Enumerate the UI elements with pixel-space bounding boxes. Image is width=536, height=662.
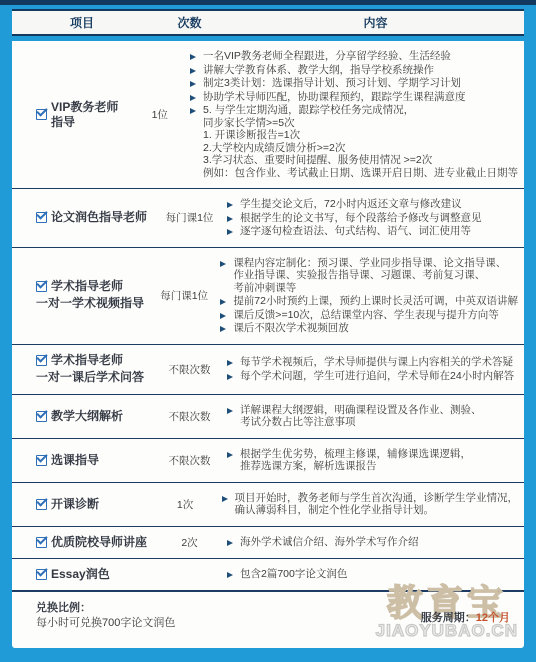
exchange-info: 兑换比例： 每小时可兑换700字论文润色 bbox=[36, 601, 175, 631]
content-cell: 学生提交论文后，72小时内返还文章与修改建议根据学生的论文书写，每个段落给予修改… bbox=[227, 197, 524, 239]
item-label: 优质院校导师讲座 bbox=[51, 535, 147, 550]
item-label: 一对一学术视频指导 bbox=[36, 296, 144, 310]
bullet-item: 课后不限次学术视频回放 bbox=[220, 322, 518, 335]
bullet-item: 课后反馈>=10次，总结课堂内容、学生表现与提升方向等 bbox=[220, 309, 518, 322]
bullet-text: 每节学术视频后，学术导师提供与课上内容相关的学术答疑 bbox=[240, 356, 513, 369]
bullet-text-line: 根据学生优劣势，梳理主修课，辅修课选课逻辑， bbox=[240, 448, 471, 461]
service-period: 服务周期：12个月 bbox=[421, 609, 510, 631]
bullet-text-line: 课后不限次学术视频回放 bbox=[233, 322, 349, 335]
bullet-item: 根据学生的论文书写，每个段落给予修改与调整意见 bbox=[227, 212, 518, 225]
header-col-content: 内容 bbox=[227, 14, 524, 31]
footer: 兑换比例： 每小时可兑换700字论文润色 服务周期：12个月 bbox=[12, 592, 524, 631]
item-label: 教学大纲解析 bbox=[51, 409, 123, 424]
header-col-item: 项目 bbox=[12, 14, 152, 31]
item-label: 学术指导老师 bbox=[51, 353, 123, 368]
bullet-item: 根据学生优劣势，梳理主修课，辅修课选课逻辑，推荐选课方案，解析选课报告 bbox=[227, 448, 518, 473]
bullet-item: 制定3类计划：选课指导计划、预习计划、学期学习计划 bbox=[190, 77, 518, 90]
item-cell: 选课指导 bbox=[12, 453, 152, 468]
checkbox-icon bbox=[36, 212, 47, 223]
bullet-text-line: 每节学术视频后，学术导师提供与课上内容相关的学术答疑 bbox=[240, 356, 513, 369]
item-cell: VIP教务老师指导 bbox=[12, 100, 130, 130]
arrow-bullet-icon bbox=[227, 229, 233, 235]
bullet-text-line: 项目开始时，教务老师与学生首次沟通，诊断学生学业情况， bbox=[235, 492, 519, 505]
bullet-text-line: 讲解大学教育体系、教学大纲，指导学校系统操作 bbox=[203, 64, 434, 77]
bullet-text: 5. 与学生定期沟通，跟踪学校任务完成情况，同步家长学情>=5次1. 开课诊断报… bbox=[203, 104, 518, 179]
arrow-bullet-icon bbox=[220, 261, 226, 267]
count-cell: 1次 bbox=[149, 497, 222, 512]
bullet-text-line: 详解课程大纲逻辑，明确课程设置及各作业、测验、 bbox=[240, 404, 482, 417]
bullet-item: 一名VIP教务老师全程跟进，分享留学经验、生活经验 bbox=[190, 50, 518, 63]
bullet-text: 制定3类计划：选课指导计划、预习计划、学期学习计划 bbox=[203, 77, 461, 90]
item-label: 一对一课后学术问答 bbox=[36, 370, 144, 384]
arrow-bullet-icon bbox=[227, 360, 233, 366]
bullet-text-line: 包含2篇700字论文润色 bbox=[240, 568, 347, 581]
bullet-text: 详解课程大纲逻辑，明确课程设置及各作业、测验、考试分数占比等注意事项 bbox=[240, 404, 482, 429]
item-cell: 学术指导老师一对一课后学术问答 bbox=[12, 353, 152, 386]
item-cell: 教学大纲解析 bbox=[12, 409, 152, 424]
count-cell: 不限次数 bbox=[152, 409, 227, 424]
arrow-bullet-icon bbox=[227, 572, 233, 578]
arrow-bullet-icon bbox=[227, 452, 233, 458]
bullet-text-line: 课后反馈>=10次，总结课堂内容、学生表现与提升方向等 bbox=[233, 309, 498, 322]
table-row: VIP教务老师指导1位一名VIP教务老师全程跟进，分享留学经验、生活经验讲解大学… bbox=[12, 41, 524, 189]
checkbox-icon bbox=[36, 569, 47, 580]
bullet-item: 海外学术诚信介绍、海外学术写作介绍 bbox=[227, 536, 518, 549]
table-row: 开课诊断1次项目开始时，教务老师与学生首次沟通，诊断学生学业情况，确认薄弱科目，… bbox=[12, 483, 524, 527]
checkbox-icon bbox=[36, 281, 47, 292]
checkbox-icon bbox=[36, 537, 47, 548]
bullet-text-line: 确认薄弱科目，制定个性化学业指导计划。 bbox=[235, 504, 519, 517]
bullet-item: 提前72小时预约上课，预约上课时长灵活可调，中英双语讲解 bbox=[220, 295, 518, 308]
arrow-bullet-icon bbox=[227, 540, 233, 546]
checkbox-icon bbox=[36, 355, 47, 366]
table-rows: VIP教务老师指导1位一名VIP教务老师全程跟进，分享留学经验、生活经验讲解大学… bbox=[12, 41, 524, 592]
bullet-text-line: 逐字逐句检查语法、句式结构、语气、词汇使用等 bbox=[240, 225, 471, 238]
service-period-value: 12个月 bbox=[476, 612, 510, 624]
arrow-bullet-icon bbox=[227, 374, 233, 380]
item-cell: 优质院校导师讲座 bbox=[12, 535, 152, 550]
bullet-text: 课后反馈>=10次，总结课堂内容、学生表现与提升方向等 bbox=[233, 309, 498, 322]
content-cell: 一名VIP教务老师全程跟进，分享留学经验、生活经验讲解大学教育体系、教学大纲，指… bbox=[190, 49, 524, 180]
item-label: 选课指导 bbox=[51, 453, 99, 468]
checkbox-icon bbox=[36, 411, 47, 422]
content-cell: 课程内容定制化：预习课、学业同步指导课、论文指导课、作业指导课、实验报告指导课、… bbox=[220, 256, 524, 336]
bullet-text: 提前72小时预约上课，预约上课时长灵活可调，中英双语讲解 bbox=[233, 295, 518, 308]
arrow-bullet-icon bbox=[222, 496, 228, 502]
exchange-ratio-title: 兑换比例： bbox=[36, 601, 175, 616]
count-cell: 不限次数 bbox=[152, 453, 227, 468]
content-cell: 项目开始时，教务老师与学生首次沟通，诊断学生学业情况，确认薄弱科目，制定个性化学… bbox=[222, 491, 525, 518]
bullet-text-line: 5. 与学生定期沟通，跟踪学校任务完成情况， bbox=[203, 104, 518, 117]
bullet-text: 课后不限次学术视频回放 bbox=[233, 322, 349, 335]
bullet-item: 课程内容定制化：预习课、学业同步指导课、论文指导课、作业指导课、实验报告指导课、… bbox=[220, 257, 518, 295]
item-cell: Essay润色 bbox=[12, 567, 152, 582]
table-row: 学术指导老师一对一课后学术问答不限次数每节学术视频后，学术导师提供与课上内容相关… bbox=[12, 345, 524, 395]
content-cell: 每节学术视频后，学术导师提供与课上内容相关的学术答疑每个学术问题，学生可进行追问… bbox=[227, 355, 524, 383]
bullet-text-line: 3.学习状态、重要时间提醒、服务使用情况 >=2次 bbox=[203, 154, 518, 167]
bullet-text-line: 推荐选课方案，解析选课报告 bbox=[240, 460, 471, 473]
item-label: 开课诊断 bbox=[51, 497, 99, 512]
bullet-text: 项目开始时，教务老师与学生首次沟通，诊断学生学业情况，确认薄弱科目，制定个性化学… bbox=[235, 492, 519, 517]
table-row: Essay润色包含2篇700字论文润色 bbox=[12, 559, 524, 592]
bullet-text: 学生提交论文后，72小时内返还文章与修改建议 bbox=[240, 198, 462, 211]
table-header: 项目 次数 内容 bbox=[12, 9, 524, 36]
table-row: 学术指导老师一对一学术视频指导每门课1位课程内容定制化：预习课、学业同步指导课、… bbox=[12, 248, 524, 345]
bullet-item: 5. 与学生定期沟通，跟踪学校任务完成情况，同步家长学情>=5次1. 开课诊断报… bbox=[190, 104, 518, 179]
item-cell: 学术指导老师一对一学术视频指导 bbox=[12, 279, 148, 312]
bullet-item: 项目开始时，教务老师与学生首次沟通，诊断学生学业情况，确认薄弱科目，制定个性化学… bbox=[222, 492, 519, 517]
bullet-text-line: 同步家长学情>=5次 bbox=[203, 117, 518, 130]
bullet-text-line: 考前冲刺课等 bbox=[233, 282, 506, 295]
bullet-item: 每个学术问题，学生可进行追问，学术导师在24小时内解答 bbox=[227, 370, 518, 383]
bullet-text-line: 考试分数占比等注意事项 bbox=[240, 416, 482, 429]
arrow-bullet-icon bbox=[220, 326, 226, 332]
table-row: 优质院校导师讲座2次海外学术诚信介绍、海外学术写作介绍 bbox=[12, 527, 524, 559]
arrow-bullet-icon bbox=[190, 95, 196, 101]
service-package-poster: 项目 次数 内容 VIP教务老师指导1位一名VIP教务老师全程跟进，分享留学经验… bbox=[0, 0, 536, 662]
bullet-item: 包含2篇700字论文润色 bbox=[227, 568, 518, 581]
content-cell: 海外学术诚信介绍、海外学术写作介绍 bbox=[227, 535, 524, 550]
arrow-bullet-icon bbox=[227, 216, 233, 222]
checkbox-icon bbox=[36, 499, 47, 510]
bullet-text-line: 协助学术导师匹配，协助课程预约，跟踪学生课程满意度 bbox=[203, 91, 466, 104]
arrow-bullet-icon bbox=[220, 299, 226, 305]
bullet-text: 讲解大学教育体系、教学大纲，指导学校系统操作 bbox=[203, 64, 434, 77]
count-cell: 不限次数 bbox=[152, 362, 227, 377]
item-label: Essay润色 bbox=[51, 567, 110, 582]
exchange-ratio-detail: 每小时可兑换700字论文润色 bbox=[36, 616, 175, 631]
bullet-text-line: 例如：包含作业、考试截止日期、选课开启日期、进专业截止日期等 bbox=[203, 167, 518, 180]
bullet-item: 协助学术导师匹配，协助课程预约，跟踪学生课程满意度 bbox=[190, 91, 518, 104]
item-label: 学术指导老师 bbox=[51, 279, 123, 294]
count-cell: 1位 bbox=[130, 107, 190, 122]
arrow-bullet-icon bbox=[190, 54, 196, 60]
table-body-panel: VIP教务老师指导1位一名VIP教务老师全程跟进，分享留学经验、生活经验讲解大学… bbox=[12, 41, 524, 648]
table-row: 选课指导不限次数根据学生优劣势，梳理主修课，辅修课选课逻辑，推荐选课方案，解析选… bbox=[12, 439, 524, 483]
header-col-count: 次数 bbox=[152, 14, 227, 31]
bullet-text-line: 课程内容定制化：预习课、学业同步指导课、论文指导课、 bbox=[233, 257, 506, 270]
count-cell: 2次 bbox=[152, 535, 227, 550]
item-label: 论文润色指导老师 bbox=[51, 210, 147, 225]
bullet-text: 根据学生的论文书写，每个段落给予修改与调整意见 bbox=[240, 212, 482, 225]
item-cell: 论文润色指导老师 bbox=[12, 210, 152, 225]
bullet-item: 每节学术视频后，学术导师提供与课上内容相关的学术答疑 bbox=[227, 356, 518, 369]
bullet-text: 根据学生优劣势，梳理主修课，辅修课选课逻辑，推荐选课方案，解析选课报告 bbox=[240, 448, 471, 473]
bullet-text-line: 根据学生的论文书写，每个段落给予修改与调整意见 bbox=[240, 212, 482, 225]
item-cell: 开课诊断 bbox=[12, 497, 149, 512]
bullet-item: 逐字逐句检查语法、句式结构、语气、词汇使用等 bbox=[227, 225, 518, 238]
bullet-text-line: 提前72小时预约上课，预约上课时长灵活可调，中英双语讲解 bbox=[233, 295, 518, 308]
service-period-label: 服务周期： bbox=[421, 612, 476, 624]
bullet-text-line: 一名VIP教务老师全程跟进，分享留学经验、生活经验 bbox=[203, 50, 451, 63]
bullet-text: 海外学术诚信介绍、海外学术写作介绍 bbox=[240, 536, 419, 549]
arrow-bullet-icon bbox=[227, 202, 233, 208]
top-edge-stripe bbox=[0, 0, 536, 5]
table-row: 论文润色指导老师每门课1位学生提交论文后，72小时内返还文章与修改建议根据学生的… bbox=[12, 189, 524, 248]
bullet-text: 课程内容定制化：预习课、学业同步指导课、论文指导课、作业指导课、实验报告指导课、… bbox=[233, 257, 506, 295]
arrow-bullet-icon bbox=[190, 68, 196, 74]
checkbox-icon bbox=[36, 109, 47, 120]
bullet-text-line: 每个学术问题，学生可进行追问，学术导师在24小时内解答 bbox=[240, 370, 514, 383]
bullet-text-line: 制定3类计划：选课指导计划、预习计划、学期学习计划 bbox=[203, 77, 461, 90]
bullet-text: 一名VIP教务老师全程跟进，分享留学经验、生活经验 bbox=[203, 50, 451, 63]
content-cell: 详解课程大纲逻辑，明确课程设置及各作业、测验、考试分数占比等注意事项 bbox=[227, 403, 524, 430]
arrow-bullet-icon bbox=[190, 81, 196, 87]
bullet-text: 每个学术问题，学生可进行追问，学术导师在24小时内解答 bbox=[240, 370, 514, 383]
bullet-text: 协助学术导师匹配，协助课程预约，跟踪学生课程满意度 bbox=[203, 91, 466, 104]
bullet-item: 学生提交论文后，72小时内返还文章与修改建议 bbox=[227, 198, 518, 211]
content-cell: 包含2篇700字论文润色 bbox=[227, 567, 524, 582]
bullet-text: 包含2篇700字论文润色 bbox=[240, 568, 347, 581]
arrow-bullet-icon bbox=[227, 408, 233, 414]
content-cell: 根据学生优劣势，梳理主修课，辅修课选课逻辑，推荐选课方案，解析选课报告 bbox=[227, 447, 524, 474]
count-cell: 每门课1位 bbox=[148, 288, 220, 303]
bullet-item: 详解课程大纲逻辑，明确课程设置及各作业、测验、考试分数占比等注意事项 bbox=[227, 404, 518, 429]
arrow-bullet-icon bbox=[190, 108, 196, 114]
item-label: VIP教务老师指导 bbox=[51, 100, 130, 130]
bullet-text-line: 作业指导课、实验报告指导课、习题课、考前复习课、 bbox=[233, 269, 506, 282]
bullet-text: 逐字逐句检查语法、句式结构、语气、词汇使用等 bbox=[240, 225, 471, 238]
table-row: 教学大纲解析不限次数详解课程大纲逻辑，明确课程设置及各作业、测验、考试分数占比等… bbox=[12, 395, 524, 439]
bullet-text-line: 2.大学校内成绩反馈分析>=2次 bbox=[203, 142, 518, 155]
checkbox-icon bbox=[36, 455, 47, 466]
arrow-bullet-icon bbox=[220, 313, 226, 319]
bullet-text-line: 1. 开课诊断报告=1次 bbox=[203, 129, 518, 142]
bullet-item: 讲解大学教育体系、教学大纲，指导学校系统操作 bbox=[190, 64, 518, 77]
bullet-text-line: 学生提交论文后，72小时内返还文章与修改建议 bbox=[240, 198, 462, 211]
bullet-text-line: 海外学术诚信介绍、海外学术写作介绍 bbox=[240, 536, 419, 549]
count-cell: 每门课1位 bbox=[152, 210, 227, 225]
